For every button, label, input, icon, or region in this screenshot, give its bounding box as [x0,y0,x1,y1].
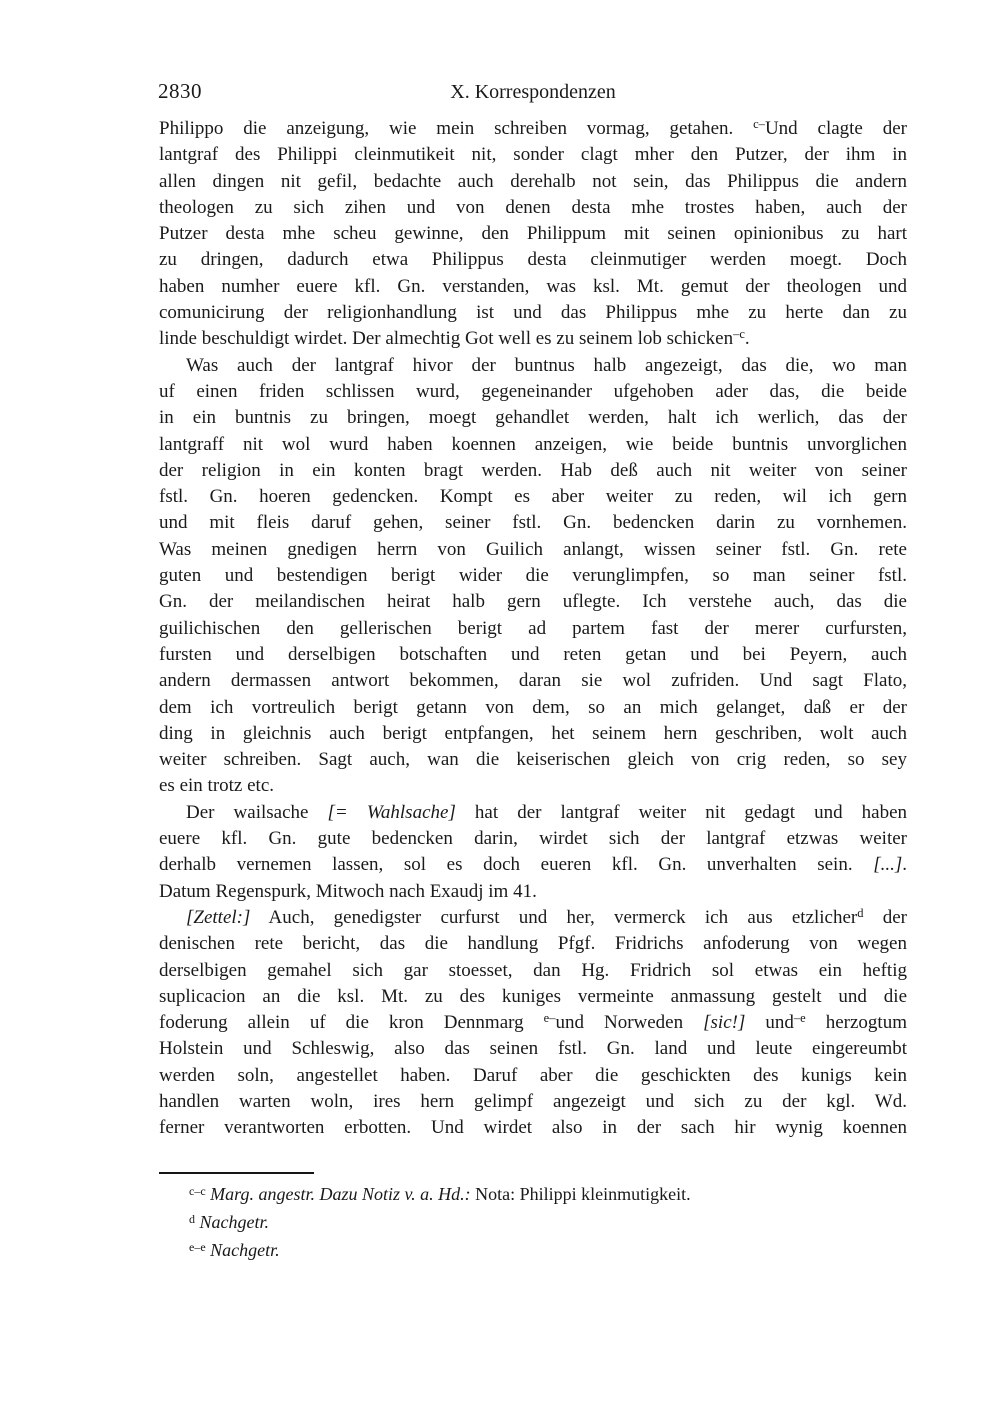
footnote-rule [159,1172,314,1174]
text-segment: handlen warten woln, ires hern gelimpf a… [159,1091,907,1112]
text-segment: [= Wahlsache] [328,802,456,823]
text-line: guilichischen den gellerischen berigt ad… [159,616,907,642]
text-line: suplicacion an die ksl. Mt. zu des kunig… [159,984,907,1010]
text-segment: und [745,1012,794,1033]
text-segment: theologen zu sich zihen und von denen de… [159,197,907,218]
text-line: handlen warten woln, ires hern gelimpf a… [159,1089,907,1115]
text-line: uf einen friden schlissen wurd, gegenein… [159,379,907,405]
text-line: Datum Regenspurk, Mitwoch nach Exaudj im… [159,879,907,905]
text-segment: und mit fleis daruf gehen, seiner fstl. … [159,512,907,533]
text-segment: foderung allein uf die kron Dennmarg [159,1012,544,1033]
text-segment: und Norweden [555,1012,703,1033]
footnotes: c–c Marg. angestr. Dazu Notiz v. a. Hd.:… [159,1172,907,1264]
paragraph: Der wailsache [= Wahlsache] hat der lant… [159,800,907,905]
text-segment: . [902,854,907,875]
text-segment: lantgraf des Philippi cleinmutikeit nit,… [159,144,907,165]
text-segment: . [745,328,750,349]
text-segment: Gn. der meilandischen heirat halb gern u… [159,591,907,612]
text-segment: weiter schreiben. Sagt auch, wan die kei… [159,749,907,770]
text-segment: Nota: Philippi kleinmutigkeit. [471,1184,691,1204]
text-segment: derselbigen gemahel sich gar stoesset, d… [159,960,907,981]
text-line: der religion in ein konten bragt werden.… [159,458,907,484]
text-segment: lantgraff nit wol wurd haben koennen anz… [159,434,907,455]
text-segment: Der wailsache [186,802,328,823]
footnote-marker: –c [733,327,745,341]
text-line: zu dringen, dadurch etwa Philippus desta… [159,247,907,273]
footnote-marker: c–c [189,1184,206,1198]
text-segment: Nachgetr. [200,1212,270,1232]
footnote-marker: c– [753,117,765,131]
text-segment: Putzer desta mhe scheu gewinne, den Phil… [159,223,907,244]
text-line: Philippo die anzeigung, wie mein schreib… [159,116,907,142]
text-segment: fstl. Gn. hoeren gedencken. Kompt es abe… [159,486,907,507]
text-line: denischen rete bericht, das die handlung… [159,931,907,957]
text-segment: in ein buntnis zu bringen, moegt gehandl… [159,407,907,428]
text-line: allen dingen nit gefil, bedachte auch de… [159,169,907,195]
text-segment: allen dingen nit gefil, bedachte auch de… [159,171,907,192]
text-segment: zu dringen, dadurch etwa Philippus desta… [159,249,907,270]
text-segment: dem ich vortreulich berigt getann von de… [159,697,907,718]
text-line: [Zettel:] Auch, genedigster curfurst und… [159,905,907,931]
text-line: andern dermassen antwort bekommen, daran… [159,668,907,694]
footnote-marker: d [189,1212,195,1226]
text-segment: suplicacion an die ksl. Mt. zu des kunig… [159,986,907,1007]
text-segment: haben numher euere kfl. Gn. verstanden, … [159,276,907,297]
text-segment: comunicirung der religionhandlung ist un… [159,302,907,323]
paragraph: [Zettel:] Auch, genedigster curfurst und… [159,905,907,1142]
text-segment: derhalb vernemen lassen, sol es doch eue… [159,854,873,875]
text-line: es ein trotz etc. [159,773,907,799]
text-line: Putzer desta mhe scheu gewinne, den Phil… [159,221,907,247]
text-line: weiter schreiben. Sagt auch, wan die kei… [159,747,907,773]
text-line: dem ich vortreulich berigt getann von de… [159,695,907,721]
text-line: Was meinen gnedigen herrn von Guilich an… [159,537,907,563]
text-segment: guten und bestendigen berigt wider die v… [159,565,907,586]
text-line: Der wailsache [= Wahlsache] hat der lant… [159,800,907,826]
text-segment: Was meinen gnedigen herrn von Guilich an… [159,539,907,560]
text-line: und mit fleis daruf gehen, seiner fstl. … [159,510,907,536]
text-line: lantgraf des Philippi cleinmutikeit nit,… [159,142,907,168]
text-line: comunicirung der religionhandlung ist un… [159,300,907,326]
footnote-list: c–c Marg. angestr. Dazu Notiz v. a. Hd.:… [159,1180,907,1264]
footnote-marker: –e [794,1011,806,1025]
text-segment: Datum Regenspurk, Mitwoch nach Exaudj im… [159,881,537,902]
text-segment: guilichischen den gellerischen berigt ad… [159,618,907,639]
text-segment: hat der lantgraf weiter nit gedagt und h… [456,802,907,823]
book-page: 2830 X. Korrespondenzen Philippo die anz… [0,0,1004,1418]
text-segment: Auch, genedigster curfurst und her, verm… [250,907,857,928]
text-line: euere kfl. Gn. gute bedencken darin, wir… [159,826,907,852]
paragraph: Was auch der lantgraf hivor der buntnus … [159,353,907,800]
footnote-marker: e– [544,1011,556,1025]
text-line: ding in gleichnis auch berigt entpfangen… [159,721,907,747]
text-line: haben numher euere kfl. Gn. verstanden, … [159,274,907,300]
text-segment: Marg. angestr. Dazu Notiz v. a. Hd.: [210,1184,471,1204]
text-line: theologen zu sich zihen und von denen de… [159,195,907,221]
text-line: derhalb vernemen lassen, sol es doch eue… [159,852,907,878]
footnote-item: e–e Nachgetr. [159,1236,907,1264]
footnote-marker: e–e [189,1240,206,1254]
text-segment: fursten und derselbigen botschaften und … [159,644,907,665]
text-segment: Holstein und Schleswig, also das seinen … [159,1038,907,1059]
text-line: lantgraff nit wol wurd haben koennen anz… [159,432,907,458]
text-line: Holstein und Schleswig, also das seinen … [159,1036,907,1062]
text-line: derselbigen gemahel sich gar stoesset, d… [159,958,907,984]
footnote-item: d Nachgetr. [159,1208,907,1236]
text-segment: Nachgetr. [210,1240,280,1260]
text-line: ferner verantworten erbotten. Und wirdet… [159,1115,907,1141]
footnote-item: c–c Marg. angestr. Dazu Notiz v. a. Hd.:… [159,1180,907,1208]
text-line: guten und bestendigen berigt wider die v… [159,563,907,589]
text-segment: andern dermassen antwort bekommen, daran… [159,670,907,691]
text-segment: werden soln, angestellet haben. Daruf ab… [159,1065,907,1086]
running-header-title: X. Korrespondenzen [159,81,907,104]
text-segment: Was auch der lantgraf hivor der buntnus … [186,355,907,376]
paragraph: Philippo die anzeigung, wie mein schreib… [159,116,907,353]
text-line: in ein buntnis zu bringen, moegt gehandl… [159,405,907,431]
text-line: fursten und derselbigen botschaften und … [159,642,907,668]
text-segment: uf einen friden schlissen wurd, gegenein… [159,381,907,402]
text-line: foderung allein uf die kron Dennmarg e–u… [159,1010,907,1036]
text-segment: Und clagte der [765,118,907,139]
text-segment: euere kfl. Gn. gute bedencken darin, wir… [159,828,907,849]
text-segment: [Zettel:] [186,907,250,928]
text-line: werden soln, angestellet haben. Daruf ab… [159,1063,907,1089]
text-segment: linde beschuldigt wirdet. Der almechtig … [159,328,733,349]
footnote-marker: d [857,906,863,920]
text-segment: [sic!] [703,1012,745,1033]
text-segment: der religion in ein konten bragt werden.… [159,460,907,481]
body-text: Philippo die anzeigung, wie mein schreib… [159,116,907,1142]
text-line: fstl. Gn. hoeren gedencken. Kompt es abe… [159,484,907,510]
text-segment: [...] [873,854,902,875]
text-segment: denischen rete bericht, das die handlung… [159,933,907,954]
text-segment: herzogtum [806,1012,907,1033]
text-line: linde beschuldigt wirdet. Der almechtig … [159,326,907,352]
text-segment: es ein trotz etc. [159,775,274,796]
text-segment: der [864,907,907,928]
text-segment: ding in gleichnis auch berigt entpfangen… [159,723,907,744]
text-line: Gn. der meilandischen heirat halb gern u… [159,589,907,615]
text-segment: Philippo die anzeigung, wie mein schreib… [159,118,753,139]
text-line: Was auch der lantgraf hivor der buntnus … [159,353,907,379]
text-segment: ferner verantworten erbotten. Und wirdet… [159,1117,907,1138]
